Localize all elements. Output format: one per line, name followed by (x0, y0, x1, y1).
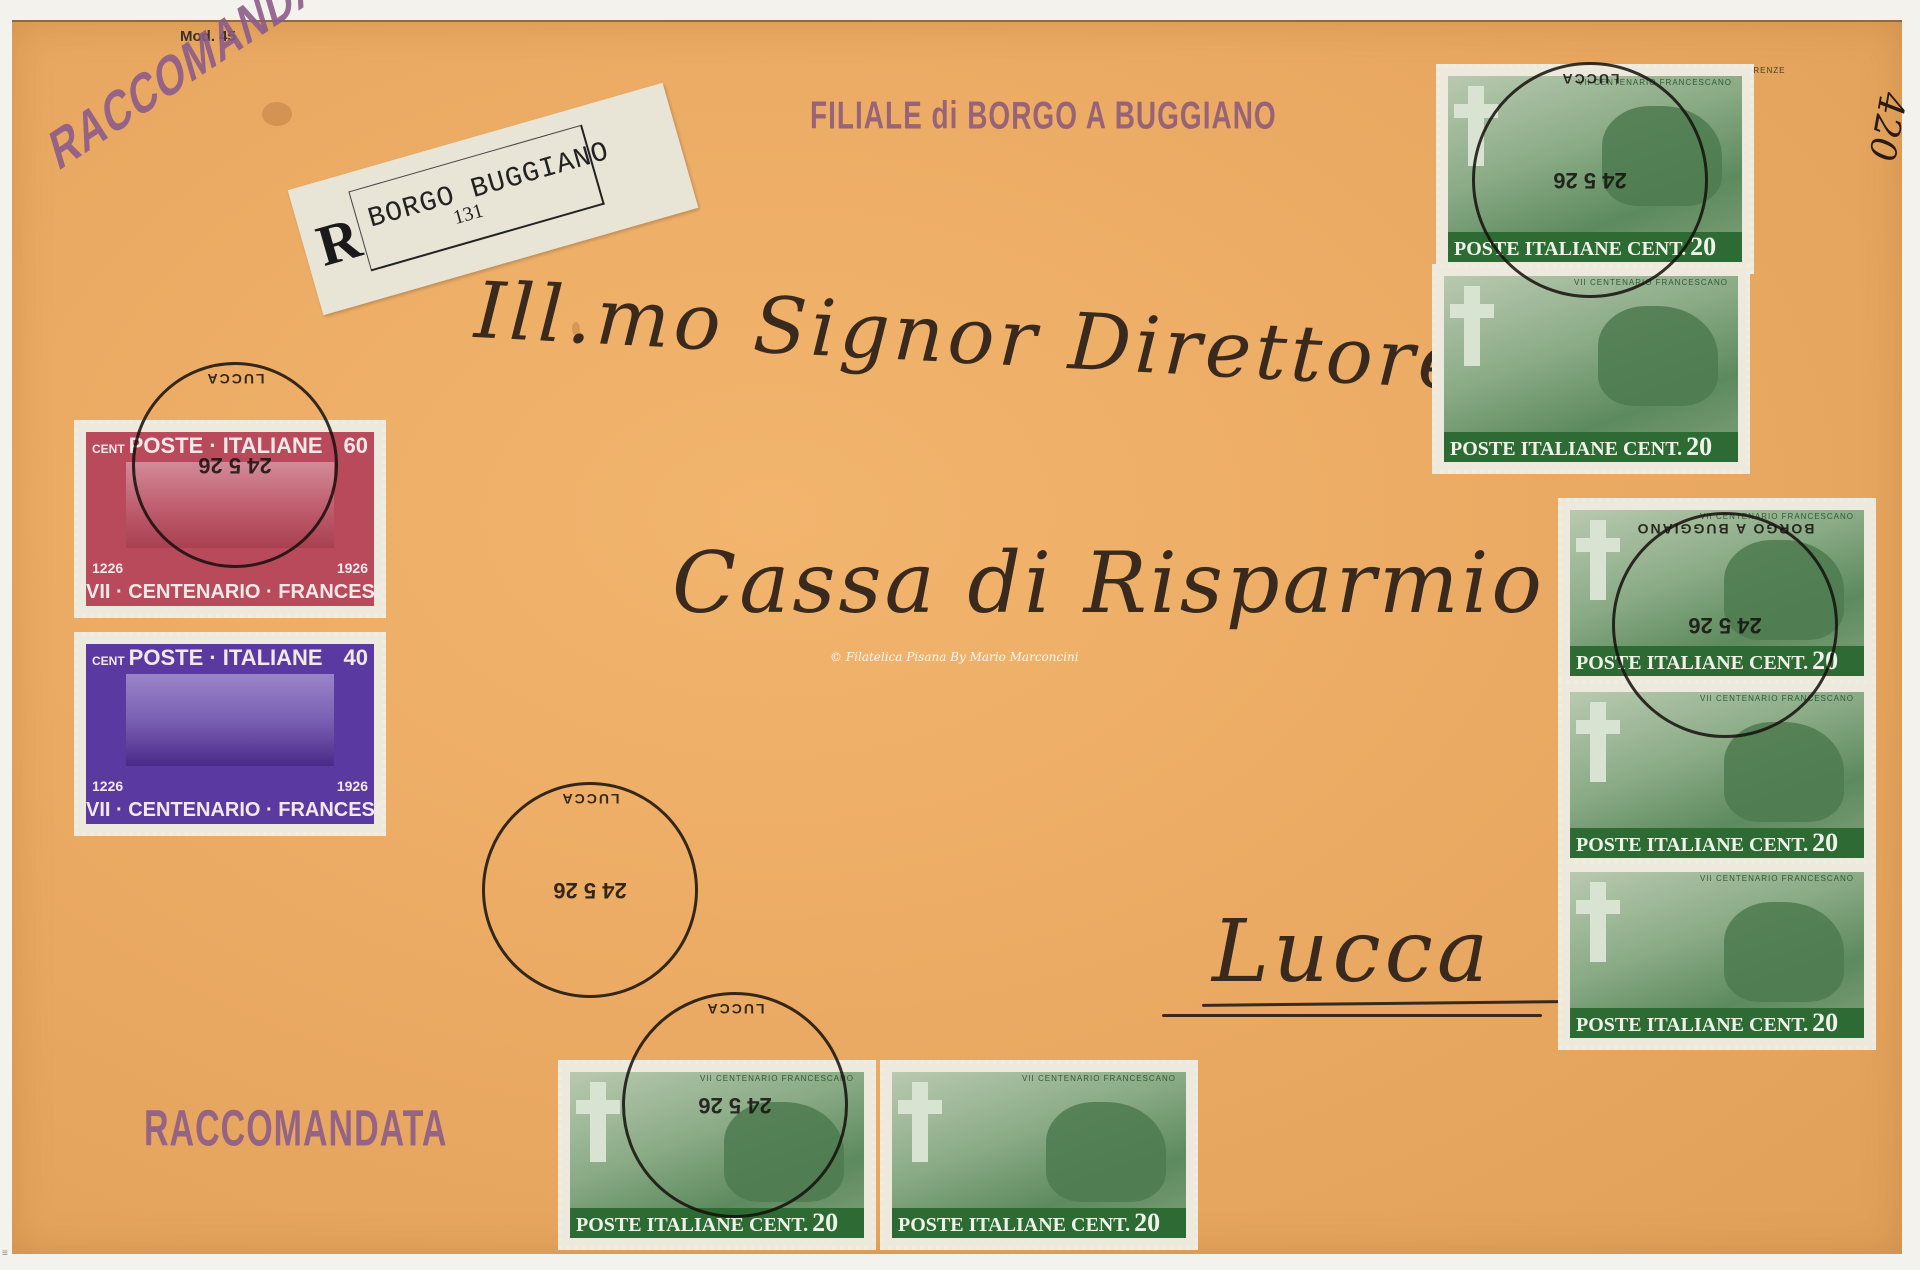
postmark: 24 5 26 LUCCA (132, 362, 338, 568)
stamp-image-church (126, 674, 334, 766)
cross-icon (590, 1082, 606, 1162)
stamp-band: POSTE ITALIANE CENT.20 (1570, 828, 1864, 858)
stamp-caption: VII · CENTENARIO · FRANCESCANO (86, 578, 374, 606)
archive-number: 420 (1860, 89, 1912, 164)
stamp-band: POSTE ITALIANE CENT.20 (1570, 1008, 1864, 1038)
cross-icon (912, 1082, 928, 1162)
branch-handstamp: FILIALE di BORGO A BUGGIANO (810, 94, 1277, 139)
address-line-1: Ill.mo Signor Direttore (472, 266, 1470, 408)
stamp-caption: VII · CENTENARIO · FRANCESCANO (86, 796, 374, 824)
watermark: © Filatelica Pisana By Mario Marconcini (830, 650, 1079, 664)
stamp-band: POSTE ITALIANE CENT.20 (892, 1208, 1186, 1238)
registered-handstamp-top: RACCOMANDATA (45, 0, 371, 185)
scan-edge-mark: ≡ (2, 1248, 8, 1259)
postmark: 24 5 26 LUCCA (482, 782, 698, 998)
cross-icon (1590, 882, 1606, 962)
postmark: 24 5 26 BORGO A BUGGIANO (1612, 512, 1838, 738)
st-francis-figure (1724, 722, 1844, 822)
st-francis-figure (1046, 1102, 1166, 1202)
stamp-band: POSTE ITALIANE CENT.20 (1444, 432, 1738, 462)
cross-icon (1464, 286, 1480, 366)
address-line-3: Lucca (1212, 902, 1492, 1002)
stamp-st-francis-20: VII CENTENARIO FRANCESCANOPOSTE ITALIANE… (1558, 860, 1876, 1050)
registered-handstamp-bottom: RACCOMANDATA (144, 1100, 447, 1159)
st-francis-figure (1724, 902, 1844, 1002)
postmark: 24 5 26 LUCCA (1472, 62, 1708, 298)
address-underline (1162, 1014, 1542, 1017)
postmark: 24 5 26 LUCCA (622, 992, 848, 1218)
stain (262, 102, 292, 126)
stamp-st-francis-20: VII CENTENARIO FRANCESCANOPOSTE ITALIANE… (880, 1060, 1198, 1250)
stamp-header: CENTPOSTE · ITALIANE40 (86, 644, 374, 672)
address-line-2: Cassa di Risparmio (672, 534, 1545, 632)
cross-icon (1590, 520, 1606, 600)
st-francis-figure (1598, 306, 1718, 406)
cross-icon (1590, 702, 1606, 782)
stamp-franciscan-40: CENTPOSTE · ITALIANE40 1226 1926 VII · C… (74, 632, 386, 836)
envelope: Mod. 45 STAB. TIPO-LITO. GINO BORRANI - … (12, 20, 1902, 1254)
